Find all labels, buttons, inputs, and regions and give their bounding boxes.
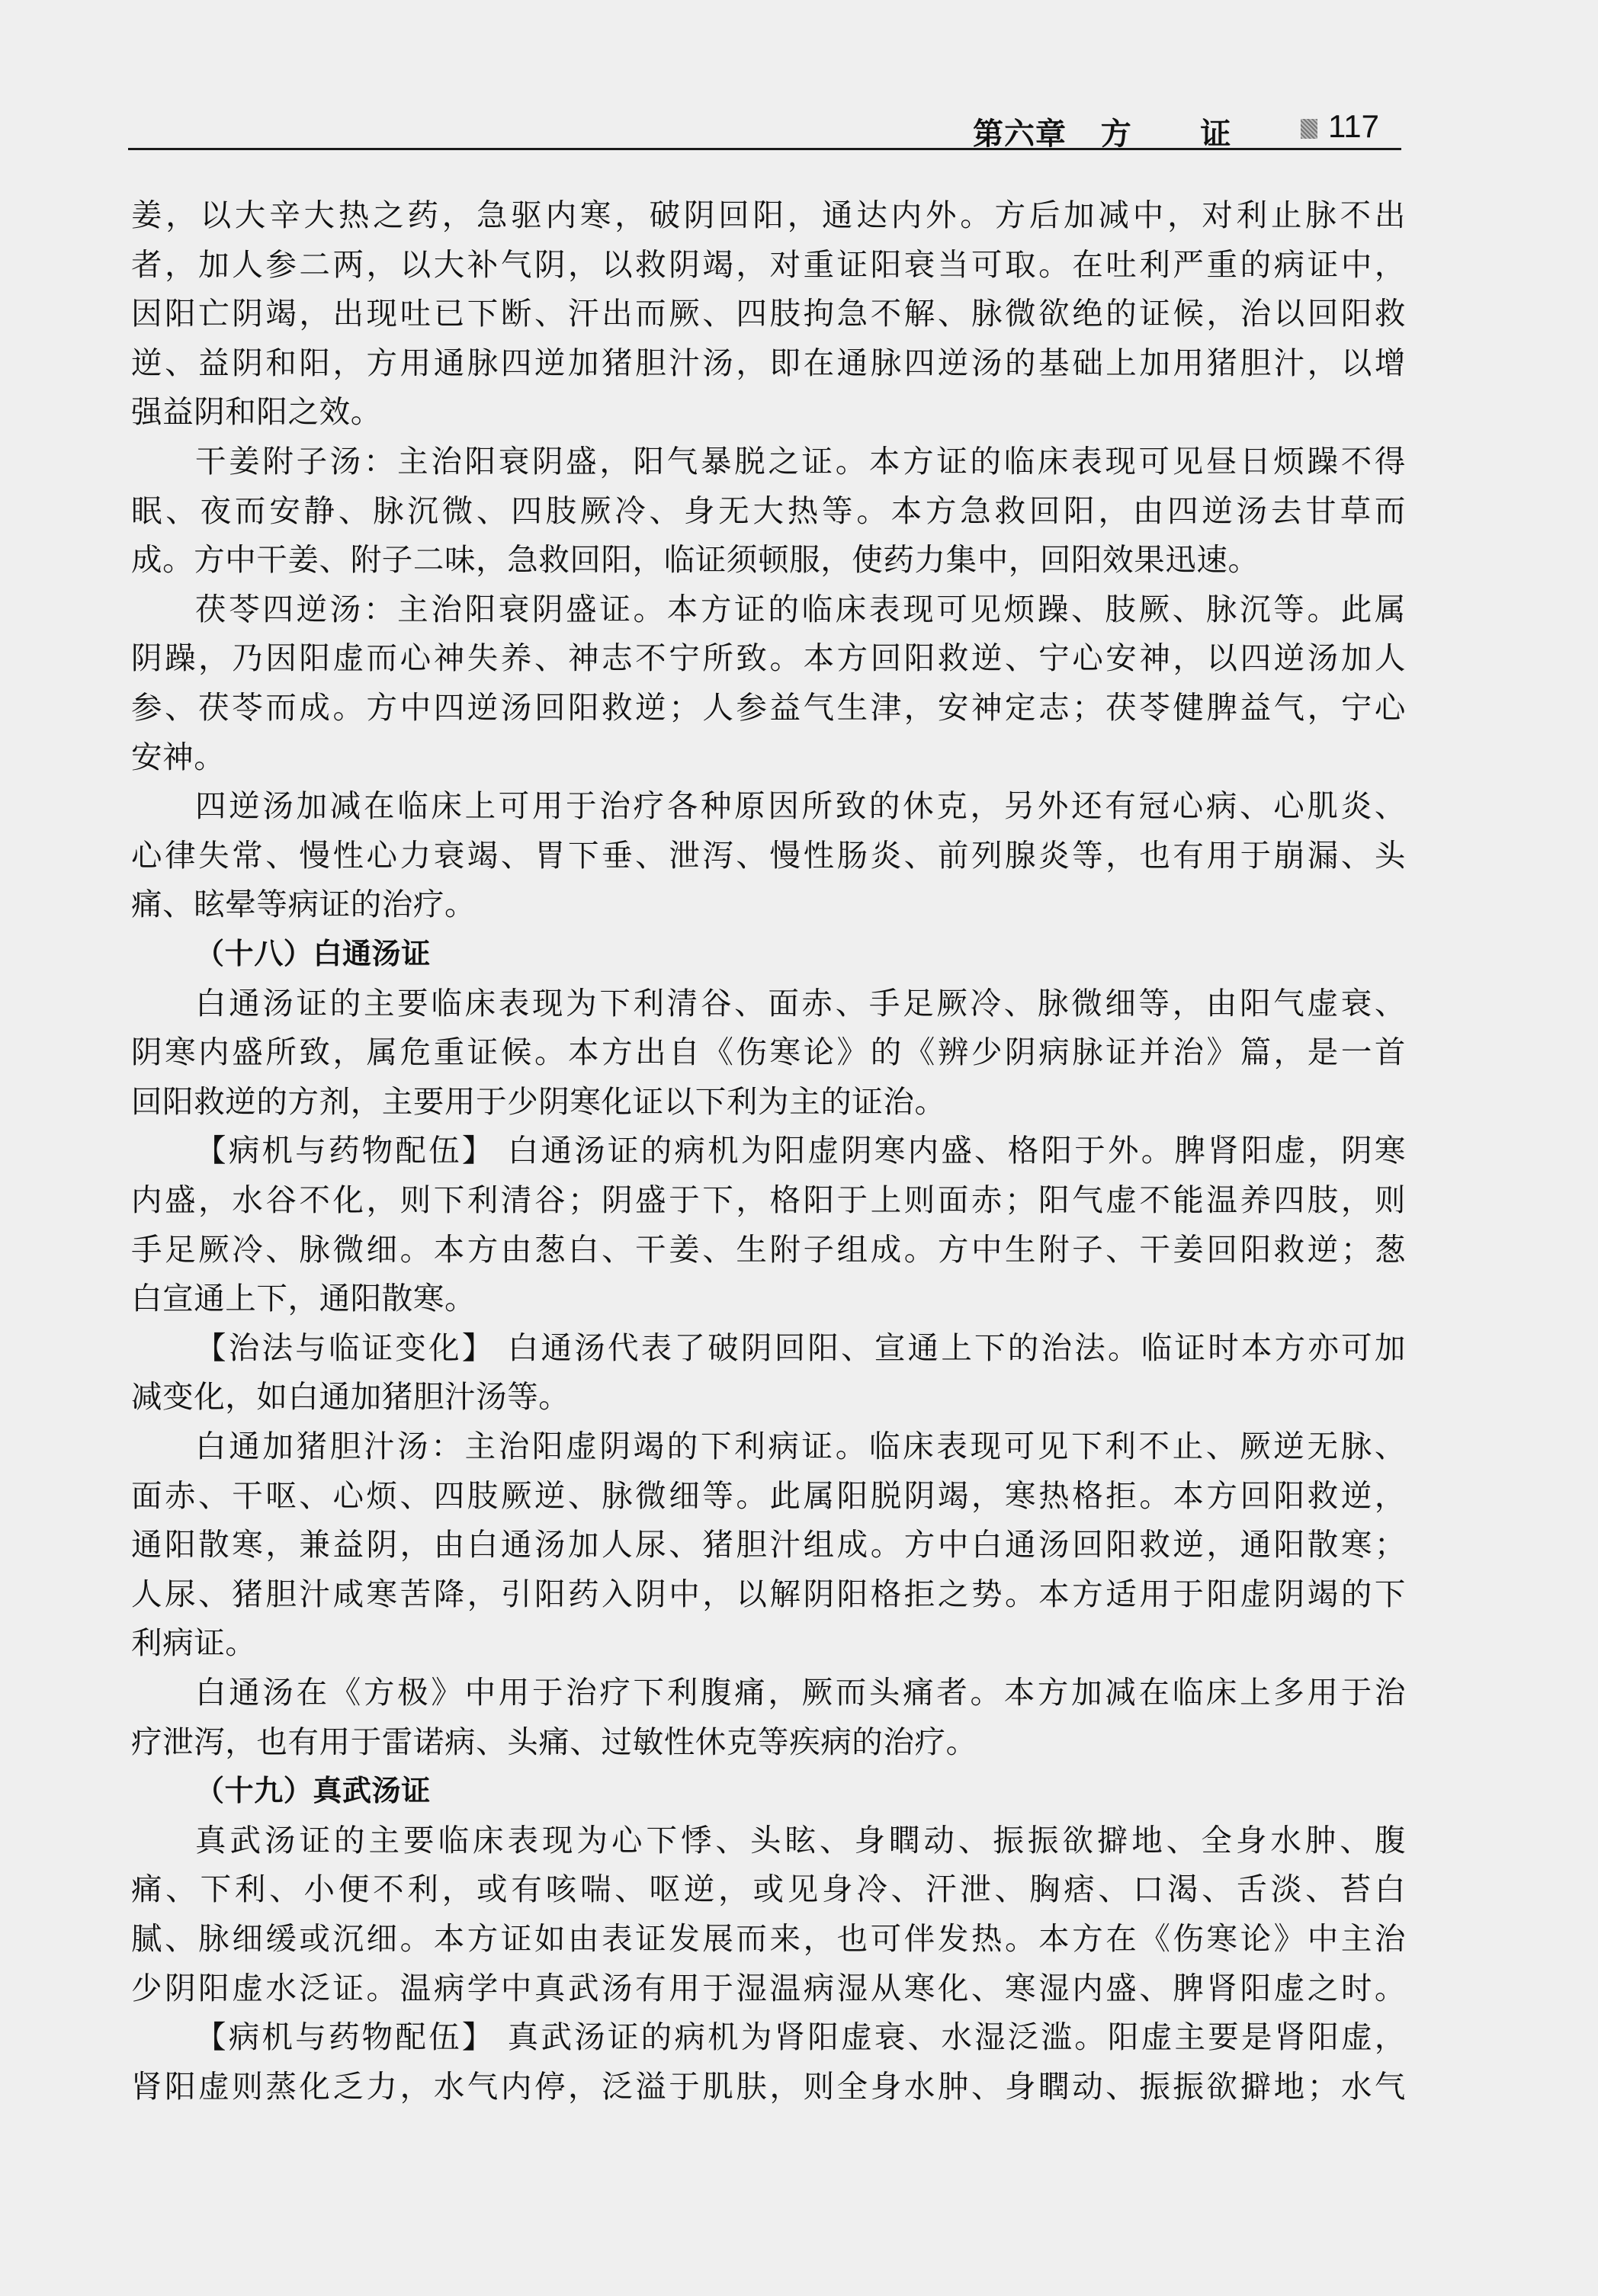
text-line: 阴躁，乃因阳虚而心神失养、神志不宁所致。本方回阳救逆、宁心安神，以四逆汤加人 [131, 637, 1406, 679]
header-rule [128, 148, 1401, 150]
page-number: 117 [1328, 108, 1379, 145]
chapter-title: 第六章 方 证 [973, 110, 1231, 153]
text-line: 阴寒内盛所致，属危重证候。本方出自《伤寒论》的《辨少阴病脉证并治》篇，是一首 [131, 1031, 1406, 1073]
text-line: 眠、夜而安静、脉沉微、四肢厥冷、身无大热等。本方急救回阳，由四逆汤去甘草而 [131, 489, 1406, 532]
running-head: 第六章 方 证 117 [128, 105, 1403, 151]
text-line: 痛、下利、小便不利，或有咳喘、呕逆，或见身冷、汗泄、胸痞、口渴、舌淡、苔白 [131, 1868, 1406, 1910]
text-line: 通阳散寒，兼益阴，由白通汤加人尿、猪胆汁组成。方中白通汤回阳救逆，通阳散寒； [131, 1523, 1406, 1566]
text-line: 【治法与临证变化】 白通汤代表了破阴回阳、宣通上下的治法。临证时本方亦可加 [195, 1326, 1406, 1369]
text-line: 【病机与药物配伍】 白通汤证的病机为阳虚阴寒内盛、格阳于外。脾肾阳虚，阴寒 [195, 1129, 1406, 1172]
text-line: 茯苓四逆汤：主治阳衰阴盛证。本方证的临床表现可见烦躁、肢厥、脉沉等。此属 [195, 588, 1406, 630]
text-line: 白通汤在《方极》中用于治疗下利腹痛，厥而头痛者。本方加减在临床上多用于治 [195, 1671, 1406, 1714]
text-line: 手足厥冷、脉微细。本方由葱白、干姜、生附子组成。方中生附子、干姜回阳救逆；葱 [131, 1228, 1406, 1271]
section-heading: （十九）真武汤证 [195, 1769, 1406, 1812]
text-line: 因阳亡阴竭，出现吐已下断、汗出而厥、四肢拘急不解、脉微欲绝的证候，治以回阳救 [131, 292, 1406, 335]
text-line: 安神。 [131, 736, 1406, 778]
text-line: 【病机与药物配伍】 真武汤证的病机为肾阳虚衰、水湿泛滥。阳虚主要是肾阳虚， [195, 2015, 1406, 2058]
book-page: 第六章 方 证 117 姜，以大辛大热之药，急驱内寒，破阴回阳，通达内外。方后加… [0, 0, 1598, 2296]
text-line: 减变化，如白通加猪胆汁汤等。 [131, 1375, 1406, 1418]
page-marker-icon [1301, 119, 1317, 139]
text-line: 人尿、猪胆汁咸寒苦降，引阳药入阴中，以解阴阳格拒之势。本方适用于阳虚阴竭的下 [131, 1573, 1406, 1615]
text-line: 真武汤证的主要临床表现为心下悸、头眩、身瞤动、振振欲擗地、全身水肿、腹 [195, 1819, 1406, 1861]
text-line: 痛、眩晕等病证的治疗。 [131, 883, 1406, 925]
text-line: 肾阳虚则蒸化乏力，水气内停，泛溢于肌肤，则全身水肿、身瞤动、振振欲擗地；水气 [131, 2065, 1406, 2108]
text-line: 疗泄泻，也有用于雷诺病、头痛、过敏性休克等疾病的治疗。 [131, 1720, 1406, 1763]
text-line: 参、茯苓而成。方中四逆汤回阳救逆；人参益气生津，安神定志；茯苓健脾益气，宁心 [131, 686, 1406, 729]
text-line: 利病证。 [131, 1621, 1406, 1664]
text-line: 腻、脉细缓或沉细。本方证如由表证发展而来，也可伴发热。本方在《伤寒论》中主治 [131, 1917, 1406, 1960]
text-line: 白通汤证的主要临床表现为下利清谷、面赤、手足厥冷、脉微细等，由阳气虚衰、 [195, 982, 1406, 1025]
text-line: 强益阴和阳之效。 [131, 390, 1406, 433]
text-line: 干姜附子汤：主治阳衰阴盛，阳气暴脱之证。本方证的临床表现可见昼日烦躁不得 [195, 440, 1406, 483]
text-line: 逆、益阴和阳，方用通脉四逆加猪胆汁汤，即在通脉四逆汤的基础上加用猪胆汁，以增 [131, 342, 1406, 384]
text-line: 内盛，水谷不化，则下利清谷；阴盛于下，格阳于上则面赤；阳气虚不能温养四肢，则 [131, 1178, 1406, 1221]
text-line: 姜，以大辛大热之药，急驱内寒，破阴回阳，通达内外。方后加减中，对利止脉不出 [131, 194, 1406, 236]
text-line: 少阴阳虚水泛证。温病学中真武汤有用于湿温病湿从寒化、寒湿内盛、脾肾阳虚之时。 [131, 1967, 1406, 2009]
text-line: 面赤、干呕、心烦、四肢厥逆、脉微细等。此属阳脱阴竭，寒热格拒。本方回阳救逆， [131, 1474, 1406, 1517]
section-heading: （十八）白通汤证 [195, 932, 1406, 975]
text-line: 白宣通上下，通阳散寒。 [131, 1277, 1406, 1320]
text-line: 四逆汤加减在临床上可用于治疗各种原因所致的休克，另外还有冠心病、心肌炎、 [195, 784, 1406, 827]
text-line: 成。方中干姜、附子二味，急救回阳，临证须顿服，使药力集中，回阳效果迅速。 [131, 538, 1406, 581]
text-line: 回阳救逆的方剂，主要用于少阴寒化证以下利为主的证治。 [131, 1080, 1406, 1123]
text-line: 者，加人参二两，以大补气阴，以救阴竭，对重证阳衰当可取。在吐利严重的病证中， [131, 243, 1406, 286]
text-line: 心律失常、慢性心力衰竭、胃下垂、泄泻、慢性肠炎、前列腺炎等，也有用于崩漏、头 [131, 834, 1406, 877]
text-line: 白通加猪胆汁汤：主治阳虚阴竭的下利病证。临床表现可见下利不止、厥逆无脉、 [195, 1425, 1406, 1467]
